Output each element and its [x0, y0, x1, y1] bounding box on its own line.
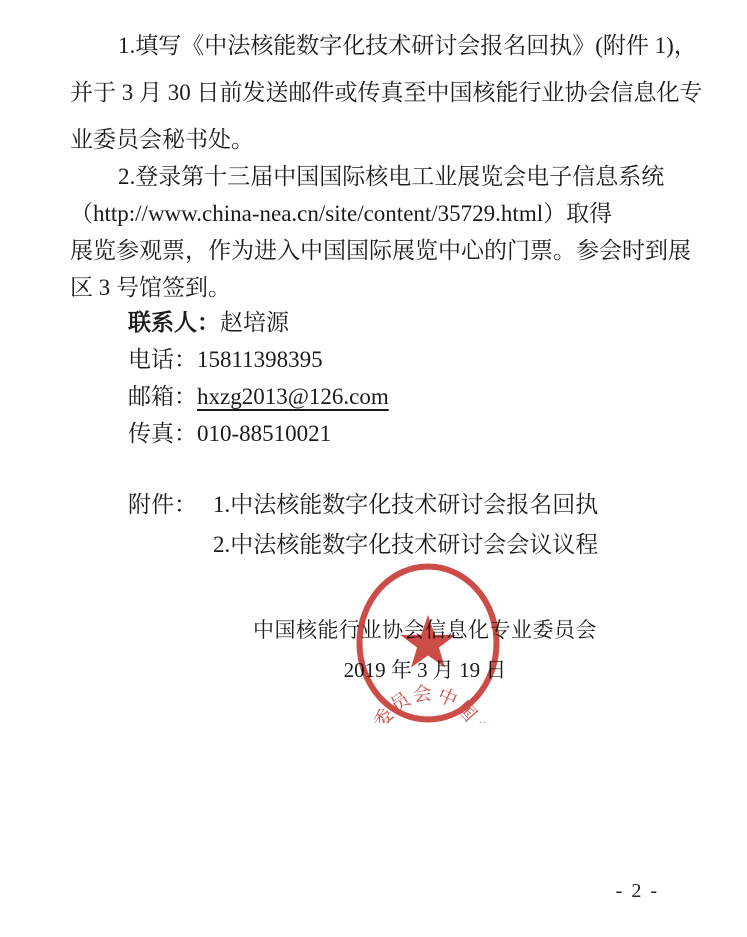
- contact-row: 联系人：赵培源: [128, 304, 690, 341]
- paragraph-2-line: 展览参观票，作为进入中国国际展览中心的门票。参会时到展: [70, 232, 690, 269]
- paragraph-exhibition: 2.登录第十三届中国国际核电工业展览会电子信息系统（http://www.chi…: [70, 158, 690, 306]
- email-link[interactable]: hxzg2013@126.com: [197, 384, 389, 409]
- attachments-label: 附件：: [128, 485, 213, 525]
- contact-label: 电话：: [128, 347, 197, 372]
- contact-row: 电话：15811398395: [128, 341, 690, 378]
- document-body: 1.填写《中法核能数字化技术研讨会报名回执》(附件 1)，并于 3 月 30 日…: [70, 22, 690, 565]
- attachments-list: 1.中法核能数字化技术研讨会报名回执2.中法核能数字化技术研讨会会议议程: [213, 485, 598, 565]
- contact-label: 邮箱：: [128, 384, 197, 409]
- contact-row: 邮箱：hxzg2013@126.com: [128, 378, 690, 415]
- paragraph-2-line: （http://www.china-nea.cn/site/content/35…: [70, 195, 690, 232]
- contact-value: 010-88510021: [197, 421, 331, 446]
- contact-label: 联系人：: [128, 310, 220, 335]
- contact-info-block: 联系人：赵培源电话：15811398395邮箱：hxzg2013@126.com…: [128, 304, 690, 452]
- signature-organization: 中国核能行业协会信息化专业委员会: [253, 610, 597, 650]
- contact-row: 传真：010-88510021: [128, 415, 690, 452]
- paragraph-1-line: 业委员会秘书处。: [70, 116, 690, 163]
- signature-block: 中国核能行业协会信息化专业委员会 2019 年 3 月 19 日: [258, 610, 592, 690]
- paragraph-registration: 1.填写《中法核能数字化技术研讨会报名回执》(附件 1)，并于 3 月 30 日…: [70, 22, 690, 163]
- signature-date: 2019 年 3 月 19 日: [344, 650, 507, 690]
- contact-value: 赵培源: [220, 310, 289, 335]
- paragraph-1-line: 并于 3 月 30 日前发送邮件或传真至中国核能行业协会信息化专: [70, 69, 690, 116]
- paragraph-2-line: 2.登录第十三届中国国际核电工业展览会电子信息系统: [70, 158, 690, 195]
- page-number: - 2 -: [616, 880, 659, 903]
- document-page: 1.填写《中法核能数字化技术研讨会报名回执》(附件 1)，并于 3 月 30 日…: [0, 0, 747, 937]
- paragraph-2-line: 区 3 号馆签到。: [70, 269, 690, 306]
- attachment-item: 2.中法核能数字化技术研讨会会议议程: [213, 525, 598, 565]
- attachments-block: 附件： 1.中法核能数字化技术研讨会报名回执2.中法核能数字化技术研讨会会议议程: [128, 485, 690, 565]
- paragraph-1-line: 1.填写《中法核能数字化技术研讨会报名回执》(附件 1)，: [70, 22, 690, 69]
- contact-label: 传真：: [128, 421, 197, 446]
- attachment-item: 1.中法核能数字化技术研讨会报名回执: [213, 485, 598, 525]
- contact-value: 15811398395: [197, 347, 323, 372]
